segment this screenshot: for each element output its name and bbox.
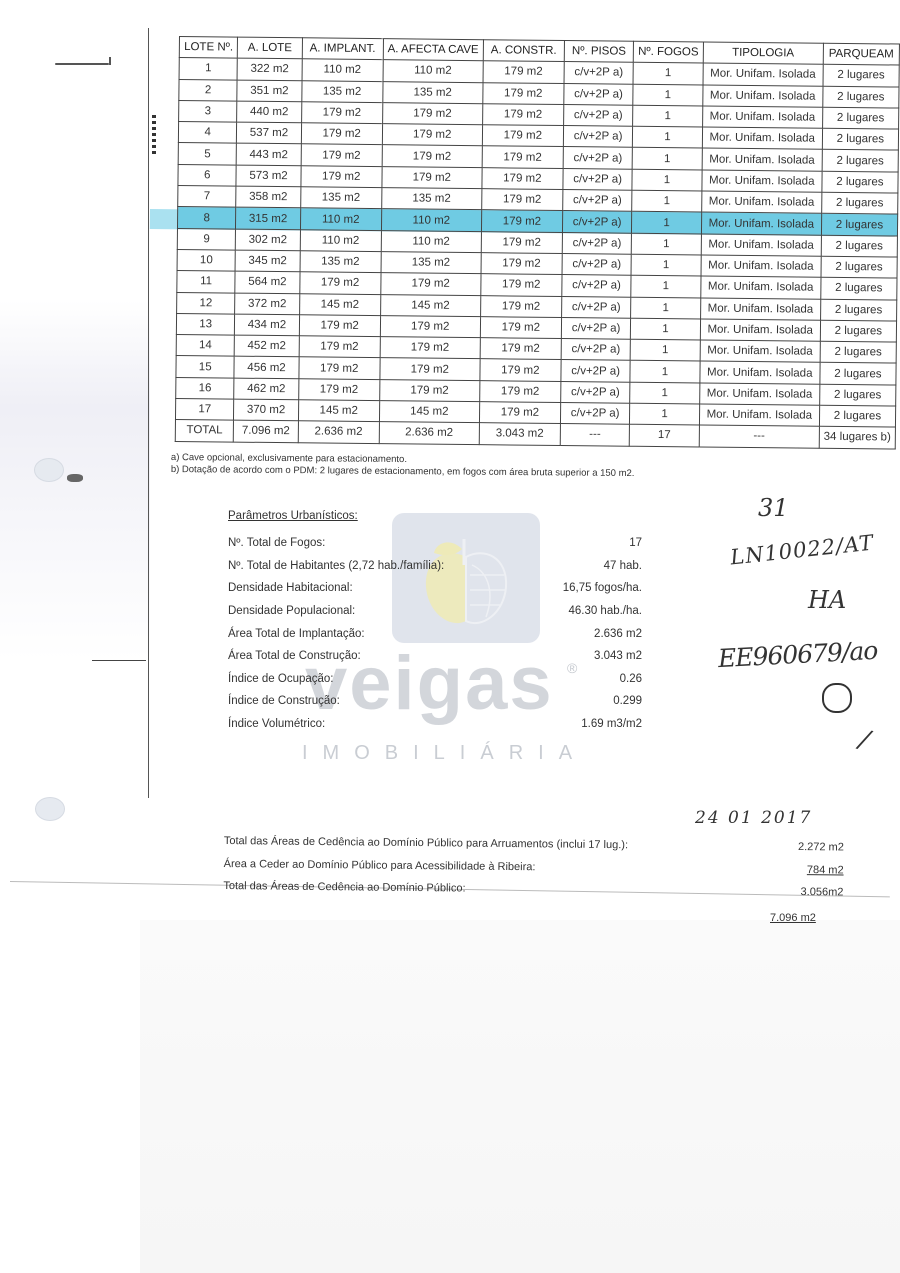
- handwritten-tick: /: [856, 724, 872, 755]
- cell-parqueamento: 2 lugares: [822, 171, 898, 193]
- cell-fogos: 1: [631, 276, 701, 298]
- cedencias-section: Total das Áreas de Cedência ao Domínio P…: [223, 830, 844, 904]
- cell-area-lote: 372 m2: [235, 293, 299, 315]
- cell-tipologia: Mor. Unifam. Isolada: [701, 234, 821, 257]
- cell-area-construcao: 179 m2: [481, 210, 562, 232]
- header-parqueamento: PARQUEAM: [823, 43, 899, 65]
- total-pisos: ---: [560, 424, 630, 446]
- cell-lote: 8: [177, 207, 236, 229]
- header-area-afecta-cave: A. AFECTA CAVE: [383, 39, 483, 61]
- parameter-value: 47 hab.: [604, 560, 658, 572]
- cell-tipologia: Mor. Unifam. Isolada: [699, 383, 819, 406]
- cell-lote: 9: [177, 228, 236, 250]
- cell-pisos: c/v+2P a): [562, 275, 632, 297]
- cell-area-construcao: 179 m2: [482, 146, 563, 168]
- cedencia-label: Total das Áreas de Cedência ao Domínio P…: [223, 880, 465, 895]
- cell-fogos: 1: [633, 105, 703, 127]
- punch-hole: [34, 458, 64, 482]
- cell-area-implantacao: 179 m2: [301, 102, 382, 124]
- cell-tipologia: Mor. Unifam. Isolada: [700, 340, 820, 363]
- cedencia-value: 784 m2: [764, 863, 844, 876]
- cell-lote: 5: [178, 143, 237, 165]
- cell-lote: 6: [178, 164, 237, 186]
- total-area-implantacao: 2.636 m2: [298, 421, 379, 443]
- cell-area-afecta-cave: 145 m2: [380, 294, 480, 316]
- cell-fogos: 1: [632, 212, 702, 234]
- parameter-value: 0.26: [620, 673, 658, 685]
- cell-fogos: 1: [632, 190, 702, 212]
- cell-parqueamento: 2 lugares: [820, 363, 896, 385]
- parameter-label: Densidade Populacional:: [228, 605, 355, 617]
- cell-fogos: 1: [632, 169, 702, 191]
- cell-area-lote: 322 m2: [237, 58, 301, 80]
- cell-fogos: 1: [633, 126, 703, 148]
- ink-smudge: [67, 474, 83, 482]
- cell-area-lote: 462 m2: [234, 378, 298, 400]
- binding-edge-line: [148, 28, 149, 798]
- header-area-lote: A. LOTE: [238, 37, 302, 59]
- cell-pisos: c/v+2P a): [564, 104, 634, 126]
- header-area-construcao: A. CONSTR.: [483, 40, 564, 62]
- cell-area-construcao: 179 m2: [480, 317, 561, 339]
- cell-area-implantacao: 135 m2: [300, 251, 381, 273]
- total-label: TOTAL: [175, 420, 234, 442]
- cell-area-implantacao: 135 m2: [300, 187, 381, 209]
- cell-area-construcao: 179 m2: [482, 125, 563, 147]
- total-area-lote: 7.096 m2: [234, 420, 298, 442]
- cell-tipologia: Mor. Unifam. Isolada: [700, 298, 820, 321]
- handwritten-circle-mark-icon: [822, 683, 852, 713]
- cell-area-implantacao: 110 m2: [302, 59, 383, 81]
- margin-mark: [92, 660, 146, 661]
- cell-area-afecta-cave: 135 m2: [381, 252, 481, 274]
- cell-area-lote: 443 m2: [237, 144, 301, 166]
- cell-area-implantacao: 179 m2: [298, 379, 379, 401]
- cell-area-construcao: 179 m2: [479, 402, 560, 424]
- cell-area-lote: 302 m2: [236, 229, 300, 251]
- parameter-row: Densidade Habitacional:16,75 fogos/ha.: [228, 577, 658, 600]
- parameter-value: 3.043 m2: [594, 650, 658, 662]
- cell-area-lote: 452 m2: [235, 335, 299, 357]
- cell-area-implantacao: 145 m2: [298, 400, 379, 422]
- cell-area-construcao: 179 m2: [481, 189, 562, 211]
- cell-area-implantacao: 110 m2: [300, 208, 381, 230]
- watermark-subtitle: IMOBILIÁRIA: [302, 742, 587, 765]
- cell-lote: 12: [177, 292, 236, 314]
- cell-area-construcao: 179 m2: [483, 61, 564, 83]
- header-tipologia: TIPOLOGIA: [703, 42, 823, 65]
- cell-parqueamento: 2 lugares: [822, 150, 898, 172]
- lower-page-area: [140, 920, 900, 1273]
- cell-area-afecta-cave: 110 m2: [383, 60, 483, 82]
- cell-area-lote: 315 m2: [236, 207, 300, 229]
- cell-parqueamento: 2 lugares: [820, 320, 896, 342]
- cell-tipologia: Mor. Unifam. Isolada: [700, 319, 820, 342]
- cell-fogos: 1: [630, 403, 700, 425]
- cell-area-lote: 440 m2: [237, 101, 301, 123]
- cell-area-afecta-cave: 110 m2: [381, 230, 481, 252]
- cedencia-value: 2.272 m2: [764, 841, 844, 854]
- parameter-value: 2.636 m2: [594, 628, 658, 640]
- total-parqueamento: 34 lugares b): [819, 427, 895, 449]
- cell-area-afecta-cave: 179 m2: [382, 166, 482, 188]
- cell-area-lote: 573 m2: [236, 165, 300, 187]
- total-tipologia: ---: [699, 425, 819, 448]
- cell-area-construcao: 179 m2: [481, 231, 562, 253]
- cell-tipologia: Mor. Unifam. Isolada: [702, 106, 822, 129]
- cell-pisos: c/v+2P a): [561, 381, 631, 403]
- cell-parqueamento: 2 lugares: [820, 341, 896, 363]
- cell-parqueamento: 2 lugares: [822, 192, 898, 214]
- cell-tipologia: Mor. Unifam. Isolada: [701, 276, 821, 299]
- cell-area-afecta-cave: 179 m2: [380, 315, 480, 337]
- parameter-value: 0.299: [613, 695, 658, 707]
- cell-area-afecta-cave: 179 m2: [382, 145, 482, 167]
- cell-pisos: c/v+2P a): [560, 403, 630, 425]
- cell-fogos: 1: [633, 84, 703, 106]
- cell-parqueamento: 2 lugares: [819, 384, 895, 406]
- header-lote: LOTE Nº.: [179, 37, 238, 59]
- cell-parqueamento: 2 lugares: [822, 128, 898, 150]
- parameter-row: Índice de Ocupação:0.26: [228, 668, 658, 691]
- cell-fogos: 1: [630, 382, 700, 404]
- cell-area-lote: 345 m2: [235, 250, 299, 272]
- parameters-title: Parâmetros Urbanísticos:: [228, 510, 658, 522]
- cell-fogos: 1: [631, 318, 701, 340]
- cell-tipologia: Mor. Unifam. Isolada: [702, 170, 822, 193]
- parameter-label: Índice de Ocupação:: [228, 673, 334, 685]
- cell-area-implantacao: 179 m2: [299, 272, 380, 294]
- cell-area-implantacao: 179 m2: [298, 357, 379, 379]
- cell-lote: 13: [176, 313, 235, 335]
- cell-fogos: 1: [630, 339, 700, 361]
- parameter-label: Índice Volumétrico:: [228, 718, 325, 730]
- cell-fogos: 1: [630, 361, 700, 383]
- parameter-value: 17: [629, 537, 658, 549]
- cell-area-lote: 434 m2: [235, 314, 299, 336]
- cell-area-lote: 370 m2: [234, 399, 298, 421]
- table-body: 1322 m2110 m2110 m2179 m2c/v+2P a)1Mor. …: [175, 58, 899, 428]
- header-fogos: Nº. FOGOS: [634, 41, 704, 63]
- cell-lote: 2: [179, 79, 238, 101]
- handwritten-initials: HA: [808, 586, 846, 614]
- cell-area-construcao: 179 m2: [480, 338, 561, 360]
- parameter-value: 16,75 fogos/ha.: [563, 582, 658, 594]
- parameter-row: Nº. Total de Fogos:17: [228, 532, 658, 555]
- parameter-label: Área Total de Construção:: [228, 650, 361, 662]
- cell-parqueamento: 2 lugares: [820, 299, 896, 321]
- total-fogos: 17: [630, 425, 700, 447]
- cell-lote: 16: [176, 377, 235, 399]
- cell-area-implantacao: 179 m2: [301, 144, 382, 166]
- cell-area-lote: 537 m2: [237, 122, 301, 144]
- cell-pisos: c/v+2P a): [562, 296, 632, 318]
- cell-area-implantacao: 110 m2: [300, 229, 381, 251]
- cell-area-lote: 358 m2: [236, 186, 300, 208]
- parameter-label: Densidade Habitacional:: [228, 582, 353, 594]
- cell-area-afecta-cave: 135 m2: [381, 188, 481, 210]
- cell-lote: 3: [179, 100, 238, 122]
- cell-area-afecta-cave: 179 m2: [382, 103, 482, 125]
- cell-tipologia: Mor. Unifam. Isolada: [701, 255, 821, 278]
- parameter-label: Índice de Construção:: [228, 695, 340, 707]
- cell-tipologia: Mor. Unifam. Isolada: [701, 212, 821, 235]
- cell-area-afecta-cave: 179 m2: [380, 358, 480, 380]
- cell-area-construcao: 179 m2: [481, 274, 562, 296]
- parameter-row: Índice Volumétrico:1.69 m3/m2: [228, 713, 658, 736]
- cell-pisos: c/v+2P a): [562, 253, 632, 275]
- handwritten-reference-1: LN10022/AT: [729, 531, 875, 570]
- cell-tipologia: Mor. Unifam. Isolada: [699, 404, 819, 427]
- cell-pisos: c/v+2P a): [562, 211, 632, 233]
- handwritten-number: 31: [758, 494, 789, 522]
- header-pisos: Nº. PISOS: [564, 41, 634, 63]
- cell-area-afecta-cave: 179 m2: [380, 337, 480, 359]
- parameter-label: Área Total de Implantação:: [228, 628, 365, 640]
- cell-pisos: c/v+2P a): [561, 317, 631, 339]
- cell-area-afecta-cave: 145 m2: [379, 401, 479, 423]
- cell-parqueamento: 2 lugares: [821, 214, 897, 236]
- cell-area-implantacao: 135 m2: [301, 80, 382, 102]
- cell-area-afecta-cave: 179 m2: [379, 379, 479, 401]
- cell-parqueamento: 2 lugares: [821, 235, 897, 257]
- lots-table: LOTE Nº. A. LOTE A. IMPLANT. A. AFECTA C…: [175, 36, 900, 449]
- footnotes: a) Cave opcional, exclusivamente para es…: [171, 452, 635, 480]
- cell-pisos: c/v+2P a): [561, 360, 631, 382]
- cell-lote: 10: [177, 249, 236, 271]
- cell-tipologia: Mor. Unifam. Isolada: [702, 127, 822, 150]
- cell-lote: 4: [178, 122, 237, 144]
- parameter-row: Área Total de Construção:3.043 m2: [228, 645, 658, 668]
- cell-area-construcao: 179 m2: [482, 104, 563, 126]
- cell-pisos: c/v+2P a): [564, 62, 634, 84]
- total-area-construcao: 3.043 m2: [479, 423, 560, 445]
- cell-parqueamento: 2 lugares: [821, 256, 897, 278]
- margin-mark: [55, 63, 109, 65]
- cell-area-implantacao: 179 m2: [301, 123, 382, 145]
- cell-tipologia: Mor. Unifam. Isolada: [702, 148, 822, 171]
- cell-fogos: 1: [632, 148, 702, 170]
- cell-area-lote: 456 m2: [234, 357, 298, 379]
- total-area-afecta-cave: 2.636 m2: [379, 422, 479, 444]
- cell-area-construcao: 179 m2: [481, 253, 562, 275]
- cell-area-implantacao: 179 m2: [299, 315, 380, 337]
- punch-hole: [35, 797, 65, 821]
- cell-pisos: c/v+2P a): [563, 190, 633, 212]
- cell-tipologia: Mor. Unifam. Isolada: [700, 361, 820, 384]
- handwritten-reference-2: EE960679/ao: [717, 636, 878, 673]
- parameter-row: Área Total de Implantação:2.636 m2: [228, 622, 658, 645]
- cell-area-lote: 351 m2: [237, 80, 301, 102]
- parameter-row: Densidade Populacional:46.30 hab./ha.: [228, 600, 658, 623]
- cell-parqueamento: 2 lugares: [819, 405, 895, 427]
- cell-lote: 1: [179, 58, 238, 80]
- cell-area-construcao: 179 m2: [482, 167, 563, 189]
- urban-parameters: Parâmetros Urbanísticos: Nº. Total de Fo…: [228, 510, 658, 735]
- parameter-value: 46.30 hab./ha.: [568, 605, 658, 617]
- cedencia-label: Total das Áreas de Cedência ao Domínio P…: [224, 835, 628, 851]
- cell-area-construcao: 179 m2: [483, 82, 564, 104]
- cell-tipologia: Mor. Unifam. Isolada: [703, 63, 823, 86]
- cell-area-implantacao: 179 m2: [299, 336, 380, 358]
- cell-parqueamento: 2 lugares: [823, 86, 899, 108]
- binding-ticks: [152, 115, 156, 155]
- cedencia-label: Área a Ceder ao Domínio Público para Ace…: [224, 858, 536, 873]
- cell-fogos: 1: [632, 233, 702, 255]
- cell-pisos: c/v+2P a): [563, 126, 633, 148]
- cell-parqueamento: 2 lugares: [823, 65, 899, 87]
- cell-pisos: c/v+2P a): [563, 168, 633, 190]
- cell-area-afecta-cave: 135 m2: [383, 81, 483, 103]
- cell-area-implantacao: 145 m2: [299, 293, 380, 315]
- cell-area-construcao: 179 m2: [480, 295, 561, 317]
- cedencia-value: 3.056m2: [763, 886, 843, 899]
- cell-tipologia: Mor. Unifam. Isolada: [701, 191, 821, 214]
- parameter-row: Índice de Construção:0.299: [228, 690, 658, 713]
- parameter-label: Nº. Total de Habitantes (2,72 hab./famíl…: [228, 560, 444, 572]
- cell-area-lote: 564 m2: [235, 271, 299, 293]
- parameter-value: 1.69 m3/m2: [581, 718, 658, 730]
- cell-fogos: 1: [633, 63, 703, 85]
- cell-pisos: c/v+2P a): [563, 147, 633, 169]
- cell-lote: 14: [176, 335, 235, 357]
- cell-area-afecta-cave: 179 m2: [381, 273, 481, 295]
- cell-lote: 17: [175, 399, 234, 421]
- header-area-implantacao: A. IMPLANT.: [302, 38, 383, 60]
- cell-lote: 15: [176, 356, 235, 378]
- cedencias-grand-total: 7.096 m2: [770, 912, 816, 924]
- cell-area-construcao: 179 m2: [479, 380, 560, 402]
- parameter-row: Nº. Total de Habitantes (2,72 hab./famíl…: [228, 555, 658, 578]
- handwritten-date: 24 01 2017: [695, 808, 812, 828]
- cell-pisos: c/v+2P a): [562, 232, 632, 254]
- cell-area-afecta-cave: 110 m2: [381, 209, 481, 231]
- cell-area-afecta-cave: 179 m2: [382, 124, 482, 146]
- cell-parqueamento: 2 lugares: [822, 107, 898, 129]
- cell-tipologia: Mor. Unifam. Isolada: [703, 85, 823, 108]
- cell-area-implantacao: 179 m2: [301, 166, 382, 188]
- cell-pisos: c/v+2P a): [561, 339, 631, 361]
- cell-lote: 7: [178, 186, 237, 208]
- cell-pisos: c/v+2P a): [564, 83, 634, 105]
- parameter-label: Nº. Total de Fogos:: [228, 537, 325, 549]
- cell-fogos: 1: [631, 254, 701, 276]
- cell-lote: 11: [177, 271, 236, 293]
- cell-fogos: 1: [631, 297, 701, 319]
- cell-area-construcao: 179 m2: [480, 359, 561, 381]
- cell-parqueamento: 2 lugares: [821, 278, 897, 300]
